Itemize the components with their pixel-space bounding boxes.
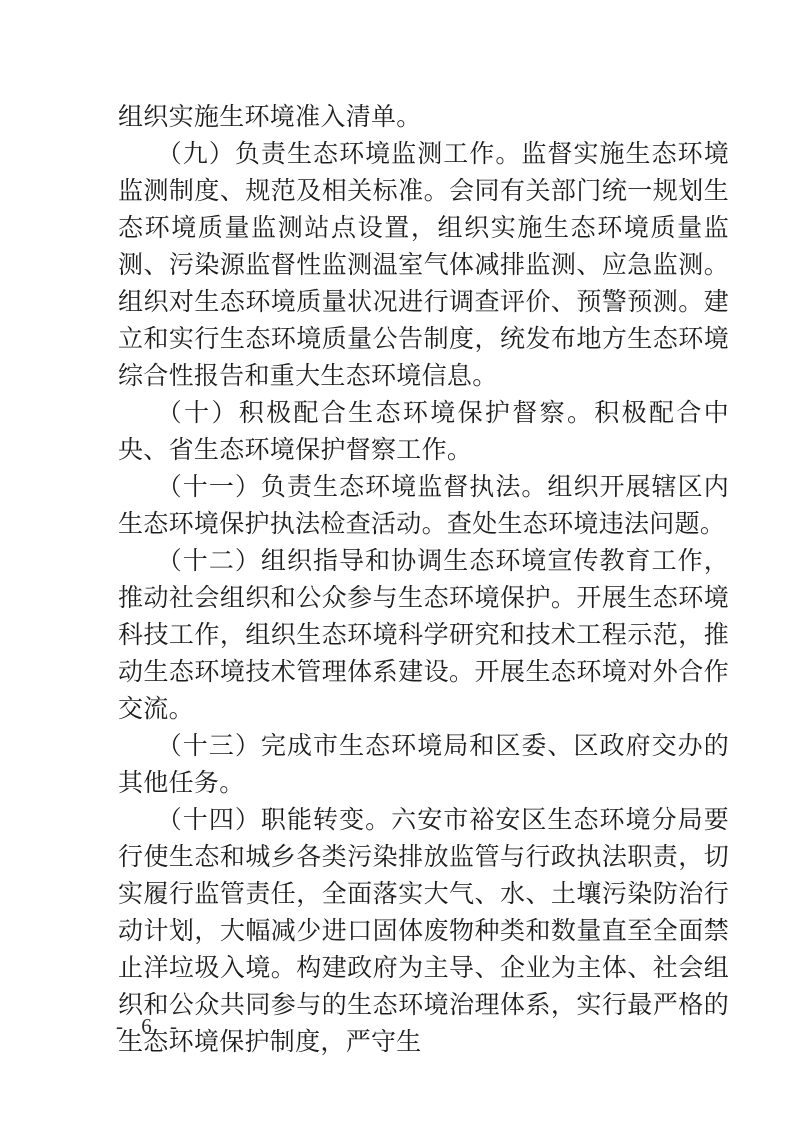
page-footer: - 6 - [116, 1013, 181, 1039]
document-page: 组织实施生环境准入清单。 （九）负责生态环境监测工作。监督实施生态环境监测制度、… [0, 0, 793, 1122]
paragraph-clause-13: （十三）完成市生态环境局和区委、区政府交办的其他任务。 [118, 728, 729, 802]
paragraph-clause-11: （十一）负责生态环境监督执法。组织开展辖区内生态环境保护执法检查活动。查处生态环… [118, 469, 729, 543]
paragraph-clause-9: （九）负责生态环境监测工作。监督实施生态环境监测制度、规范及相关标准。会同有关部… [118, 136, 729, 395]
paragraph-clause-10: （十）积极配合生态环境保护督察。积极配合中央、省生态环境保护督察工作。 [118, 395, 729, 469]
page-number: - 6 - [116, 1014, 181, 1038]
paragraph-clause-12: （十二）组织指导和协调生态环境宣传教育工作，推动社会组织和公众参与生态环境保护。… [118, 543, 729, 728]
paragraph-continuation: 组织实施生环境准入清单。 [118, 99, 729, 136]
paragraph-clause-14: （十四）职能转变。六安市裕安区生态环境分局要行使生态和城乡各类污染排放监管与行政… [118, 802, 729, 1061]
document-body: 组织实施生环境准入清单。 （九）负责生态环境监测工作。监督实施生态环境监测制度、… [118, 99, 729, 1061]
